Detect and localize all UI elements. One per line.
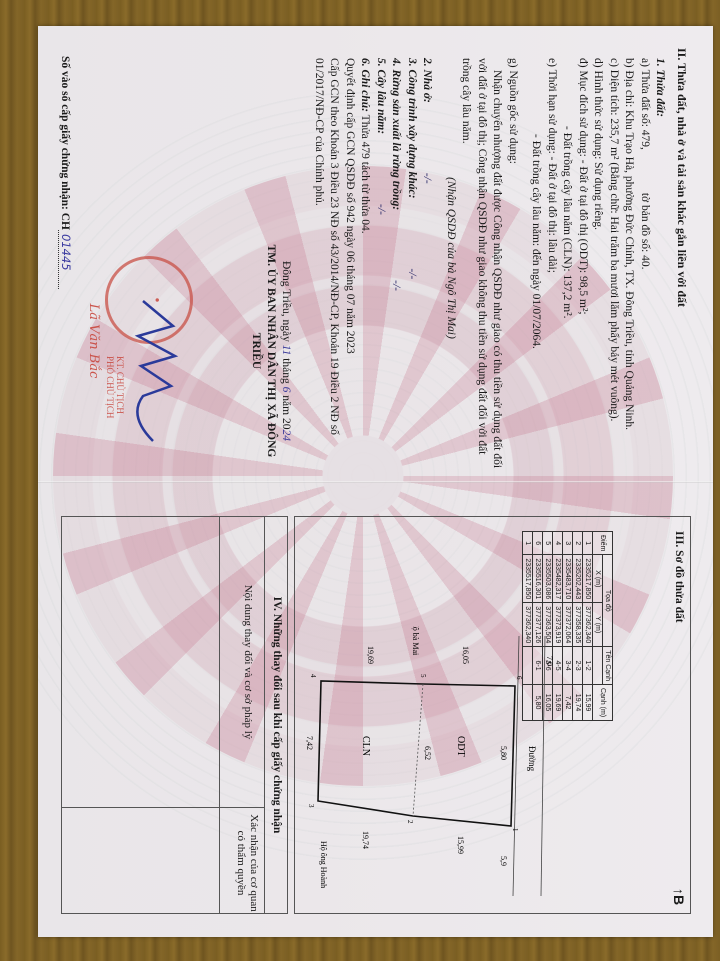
- land-heading: 1. Thửa đất:: [652, 58, 668, 478]
- use-purpose-2: - Đất trồng cây lâu năm (CLN): 137,2 m².: [559, 126, 575, 478]
- svg-text:ODT: ODT: [455, 736, 466, 757]
- svg-text:6: 6: [515, 676, 523, 680]
- note-line-4: 01/2017/NĐ-CP của Chính phủ.: [311, 58, 327, 478]
- svg-text:5,80: 5,80: [499, 746, 508, 760]
- note: 6. Ghi chú: Thửa 479 tách từ thửa 04.: [357, 58, 373, 478]
- book-number-value: 01445: [58, 230, 73, 289]
- note-line-2: Quyết định cấp GCN QSDĐ số 942 ngày 06 t…: [342, 58, 358, 478]
- asset-items: 2. Nhà ở:-/- 3. Công trình xây dựng khác…: [373, 48, 435, 478]
- parcel-diagram: Đường 7,0 5,9 ODT CLN 16,05 15,99 19,74 …: [303, 626, 553, 906]
- certificate-paper: II. Thửa đất, nhà ở và tài sản khác gắn …: [38, 26, 713, 937]
- north-arrow-icon: ↑B: [671, 888, 687, 905]
- book-number: Số vào sổ cấp giấy chứng nhận: CH01445: [59, 56, 73, 289]
- svg-text:CLN: CLN: [360, 736, 371, 756]
- svg-text:19,74: 19,74: [361, 831, 370, 849]
- svg-text:2: 2: [406, 820, 414, 824]
- svg-text:Hộ bà Mai: Hộ bà Mai: [411, 626, 420, 656]
- signature: [123, 296, 183, 446]
- coordinate-row: 42335482,317377373,9194-519,69: [553, 532, 563, 721]
- origin-text: Nhận chuyển nhượng đất được Công nhận QS…: [458, 58, 505, 478]
- svg-text:3: 3: [307, 804, 315, 808]
- coordinate-row: 12335217,850377362,3401-215,99: [583, 532, 593, 721]
- svg-text:5: 5: [419, 674, 427, 678]
- change-content-header: Nội dung thay đổi và cơ sở pháp lý: [242, 517, 254, 807]
- item-forest: 4. Rừng sản xuất là rừng trồng:-/-: [388, 58, 404, 478]
- svg-text:15,99: 15,99: [456, 836, 465, 854]
- svg-text:16,05: 16,05: [461, 646, 470, 664]
- svg-text:Đường: Đường: [527, 746, 537, 772]
- use-form: d) Hình thức sử dụng: Sử dụng riêng.: [590, 58, 606, 478]
- note-line-3: Cấp GCN theo Khoản 3 Điều 23 NĐ số 43/20…: [326, 58, 342, 478]
- coordinate-row: 32335483,710377372,0643-47,42: [563, 532, 573, 721]
- map-sheet-number: tờ bản đồ số: 40.: [639, 193, 651, 270]
- parcel-number: a) Thửa đất số: 479, tờ bản đồ số: 40.: [637, 58, 653, 478]
- coordinate-row: 22335202,443377358,3352-319,74: [573, 532, 583, 721]
- svg-text:6,52: 6,52: [423, 746, 432, 760]
- use-term-2: - Đất trồng cây lâu năm: đến ngày 01/07/…: [528, 134, 544, 478]
- section-iv-header: Nội dung thay đổi và cơ sở pháp lý Xác n…: [219, 517, 265, 913]
- section-ii: II. Thửa đất, nhà ở và tài sản khác gắn …: [311, 48, 690, 478]
- use-term: e) Thời hạn sử dụng: - Đất ở tại đô thị:…: [544, 58, 560, 478]
- signer-name: Lã Văn Bắc: [86, 261, 101, 421]
- svg-text:7,0: 7,0: [545, 656, 553, 666]
- address: b) Địa chỉ: Khu Trạo Hà, phường Đức Chín…: [621, 58, 637, 478]
- svg-text:1: 1: [511, 828, 519, 832]
- origin-heading: g) Nguồn gốc sử dụng:: [505, 58, 521, 478]
- area: c) Diện tích: 235,7 m² (Bằng chữ: Hai tr…: [606, 58, 622, 478]
- svg-text:19,69: 19,69: [366, 646, 375, 664]
- signer-title: KT. CHỦ TỊCH PHÓ CHỦ TỊCH: [105, 356, 125, 418]
- svg-text:5,9: 5,9: [499, 856, 508, 866]
- section-iii-title: III. Sơ đồ thửa đất: [673, 531, 685, 623]
- section-iv: IV. Những thay đổi sau khi cấp giấy chứn…: [61, 516, 288, 914]
- item-other-works: 3. Công trình xây dựng khác:-/-: [404, 58, 420, 478]
- page-fold: [38, 481, 713, 483]
- signing-block: Đông Triều, ngày 11 tháng 6 năm 2024 TM.…: [248, 226, 293, 476]
- svg-text:Hộ ông Hoành: Hộ ông Hoành: [319, 841, 328, 888]
- svg-text:4: 4: [309, 674, 317, 678]
- use-purpose: đ) Mục đích sử dụng: - Đất ở tại đô thị …: [575, 58, 591, 478]
- svg-text:7,42: 7,42: [305, 736, 314, 750]
- issuing-authority: TM. ỦY BAN NHÂN DÂN THỊ XÃ ĐÔNG TRIỀU: [248, 226, 278, 476]
- authority-confirm-header: Xác nhận của cơ quan có thẩm quyền: [234, 813, 260, 913]
- item-perennial: 5. Cây lâu năm:-/-: [373, 58, 389, 478]
- item-house: 2. Nhà ở:-/-: [419, 58, 435, 478]
- origin-note: (Nhận QSDĐ của bà Ngô Thị Mai): [443, 48, 459, 468]
- section-ii-title: II. Thửa đất, nhà ở và tài sản khác gắn …: [674, 48, 690, 478]
- section-iv-title: IV. Những thay đổi sau khi cấp giấy chứn…: [271, 517, 283, 913]
- signing-date: Đông Triều, ngày 11 tháng 6 năm 2024: [278, 226, 293, 476]
- certificate-sheet: II. Thửa đất, nhà ở và tài sản khác gắn …: [38, 26, 713, 937]
